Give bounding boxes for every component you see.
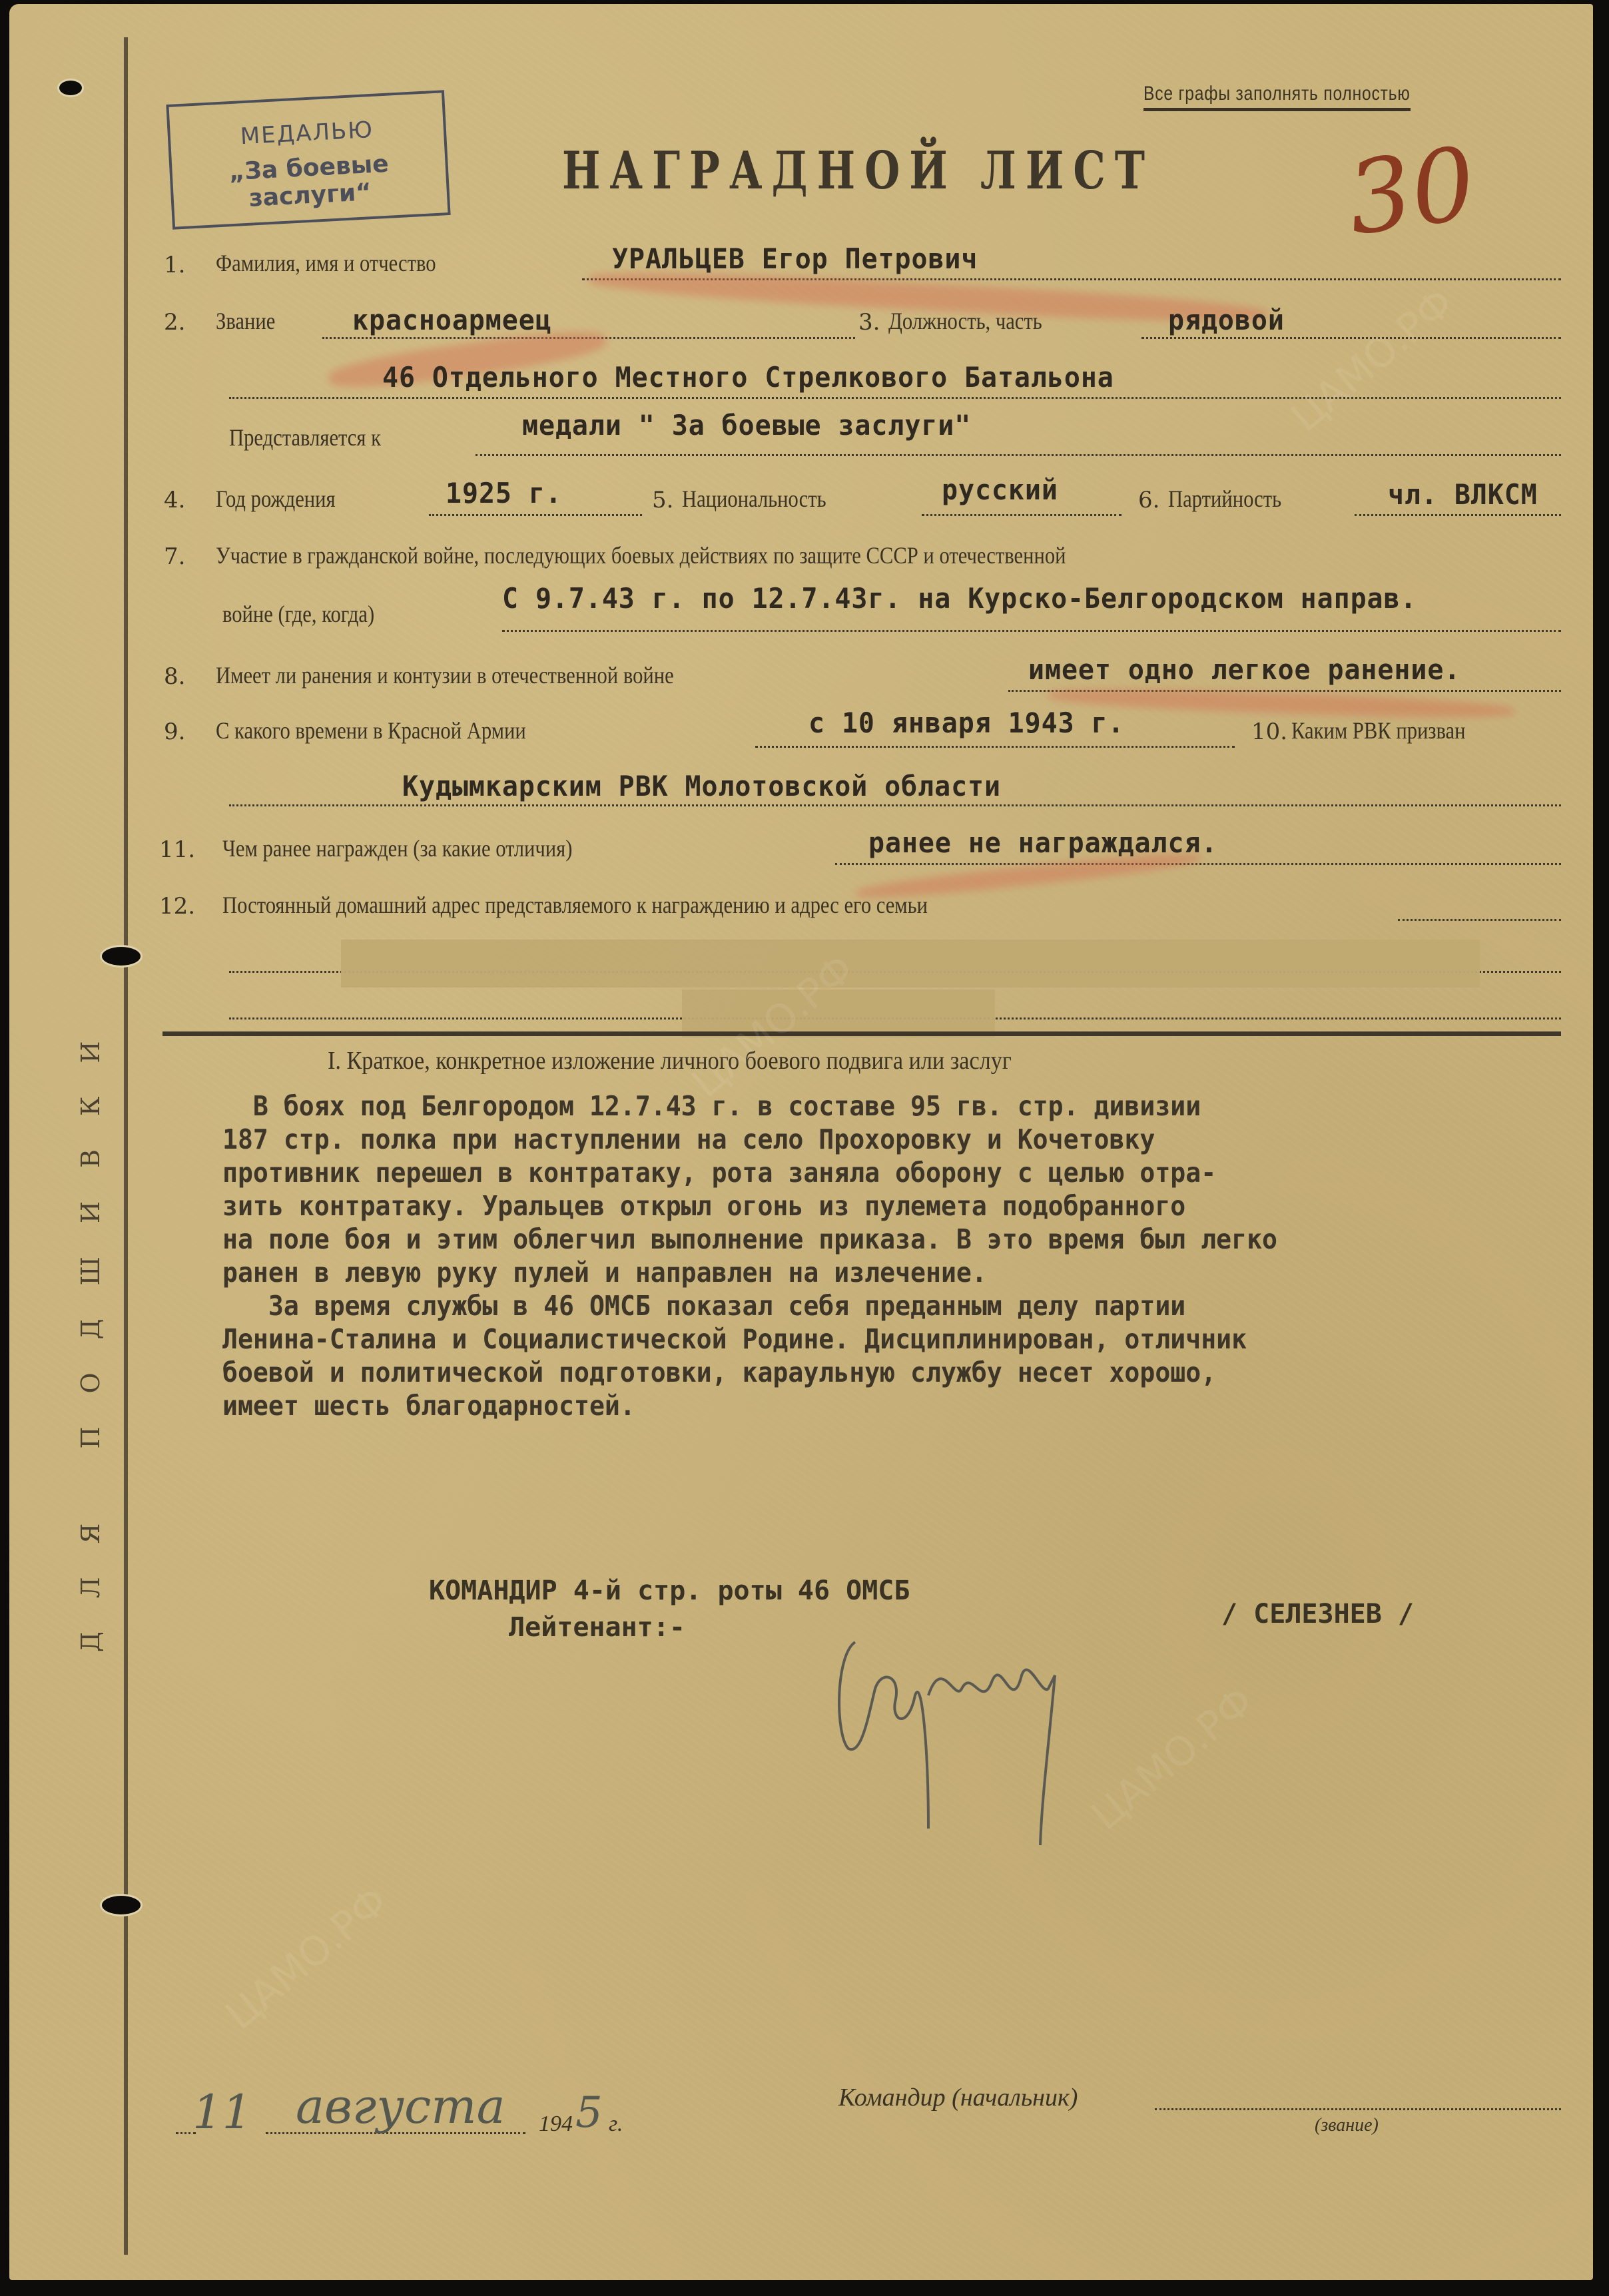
rank-caption: (звание) (1315, 2115, 1379, 2136)
date-year-suffix: г. (609, 2112, 623, 2137)
field-10-value: Кудымкарским РВК Молотовской области (402, 770, 1001, 802)
date-year-digit: 5 (575, 2088, 603, 2138)
field-9-line (755, 746, 1235, 748)
field-7-number: 7. (164, 543, 185, 570)
section-1-heading: I. Краткое, конкретное изложение личного… (328, 1046, 1012, 1075)
field-7-label-line-2: войне (где, когда) (222, 600, 401, 628)
binding-margin-rule (124, 37, 128, 2255)
document-title: НАГРАДНОЙ ЛИСТ (562, 141, 1154, 201)
handwritten-sheet-number: 30 (1341, 126, 1482, 258)
field-3-line (1141, 337, 1561, 339)
field-2-number: 2. (164, 309, 185, 336)
field-7-label-line-1: Участие в гражданской войне, последующих… (216, 541, 1216, 569)
field-10-number: 10. (1251, 718, 1287, 745)
field-8-number: 8. (164, 663, 185, 690)
field-10-label: Каким РВК призван (1291, 717, 1496, 744)
redacted-address (341, 940, 1480, 988)
field-3-number: 3. (858, 309, 880, 336)
unit-line (229, 397, 1561, 399)
narrative-line: Ленина-Сталина и Социалистической Родине… (222, 1322, 1492, 1356)
fill-instruction: Все графы заполнять полностью (1143, 83, 1411, 111)
field-9-value: с 10 января 1943 г. (808, 707, 1124, 739)
field-4-value: 1925 г. (446, 477, 562, 509)
field-11-number: 11. (159, 836, 195, 863)
field-6-number: 6. (1138, 487, 1159, 513)
field-12-label: Постоянный домашний адрес представляемог… (222, 891, 1052, 919)
narrative-line: на поле боя и этим облегчил выполнение п… (222, 1223, 1492, 1256)
field-4-label: Год рождения (216, 485, 356, 513)
narrative-line: боевой и политической подготовки, караул… (222, 1356, 1492, 1389)
narrative-line: зить контратаку. Уральцев открыл огонь и… (222, 1189, 1492, 1223)
signer-position: КОМАНДИР 4-й стр. роты 46 ОМСБ (429, 1576, 910, 1606)
stamp-line-1: МЕДАЛЬЮ (170, 113, 444, 153)
narrative-line: В боях под Белгородом 12.7.43 г. в соста… (222, 1089, 1492, 1123)
presented-value: медали " За боевые заслуги" (522, 409, 971, 441)
field-12-number: 12. (159, 893, 195, 920)
field-5-line (922, 514, 1122, 516)
field-11-value: ранее не награждался. (868, 826, 1217, 859)
unit-value: 46 Отдельного Местного Стрелкового Батал… (382, 361, 1114, 394)
field-4-line (429, 514, 642, 516)
date-month: августа (296, 2078, 505, 2134)
date-year-prefix: 194 (539, 2112, 573, 2137)
field-6-value: чл. ВЛКСМ (1388, 478, 1538, 511)
award-sheet: ДЛЯ ПОДШИВКИ МЕДАЛЬЮ „За боевые заслуги“… (9, 4, 1593, 2280)
redacted-address (682, 990, 995, 1037)
punch-hole-middle (100, 945, 143, 968)
field-10-line (229, 804, 1561, 806)
field-8-value: имеет одно легкое ранение. (1028, 653, 1460, 686)
section-1-narrative: В боях под Белгородом 12.7.43 г. в соста… (222, 1089, 1492, 1422)
stamp-line-2: „За боевые заслуги“ (172, 147, 448, 216)
narrative-line: противник перешел в контратаку, рота зан… (222, 1156, 1492, 1189)
signer-name: / СЕЛЕЗНЕВ / (1221, 1599, 1414, 1629)
watermark: ЦАМО.РФ (217, 1878, 397, 2039)
field-12-line (1398, 919, 1561, 921)
field-3-value: рядовой (1168, 304, 1285, 336)
field-3-label: Должность, часть (888, 307, 1069, 335)
presented-label: Представляется к (229, 424, 408, 451)
field-5-number: 5. (652, 487, 673, 513)
handwritten-signature (828, 1615, 1201, 1849)
field-11-label: Чем ранее награжден (за какие отличия) (222, 834, 634, 862)
date-day: 11 (192, 2085, 252, 2140)
field-6-line (1355, 514, 1561, 516)
field-7-line (502, 630, 1561, 632)
field-1-number: 1. (164, 252, 185, 278)
field-8-label: Имеет ли ранения и контузии в отечествен… (216, 661, 755, 689)
presented-line (476, 454, 1561, 456)
binding-margin-text: ДЛЯ ПОДШИВКИ (76, 1007, 105, 1652)
field-9-label: С какого времени в Красной Армии (216, 717, 581, 744)
field-1-label: Фамилия, имя и отчество (216, 249, 475, 277)
field-4-number: 4. (164, 487, 185, 513)
field-11-line (835, 863, 1561, 865)
commander-line (1155, 2108, 1561, 2110)
narrative-line: имеет шесть благодарностей. (222, 1389, 1492, 1422)
section-divider (162, 1031, 1561, 1036)
field-7-value: С 9.7.43 г. по 12.7.43г. на Курско-Белго… (502, 582, 1417, 615)
field-5-label: Национальность (682, 485, 852, 513)
narrative-line: За время службы в 46 ОМСБ показал себя п… (222, 1289, 1492, 1322)
narrative-line: 187 стр. полка при наступлении на село П… (222, 1123, 1492, 1156)
field-5-value: русский (942, 473, 1058, 506)
punch-hole-bottom (100, 1894, 143, 1916)
medal-stamp: МЕДАЛЬЮ „За боевые заслуги“ (166, 90, 450, 230)
punch-hole-top (57, 79, 84, 97)
field-2-value: красноармеец (352, 304, 552, 336)
watermark: ЦАМО.РФ (1283, 280, 1462, 441)
field-9-number: 9. (164, 718, 185, 745)
field-2-label: Звание (216, 307, 286, 335)
commander-label: Командир (начальник) (838, 2083, 1078, 2112)
field-6-label: Партийность (1168, 485, 1301, 513)
field-1-value: УРАЛЬЦЕВ Егор Петрович (612, 242, 978, 275)
signer-rank: Лейтенант:- (509, 1612, 685, 1643)
narrative-line: ранен в левую руку пулей и направлен на … (222, 1256, 1492, 1289)
